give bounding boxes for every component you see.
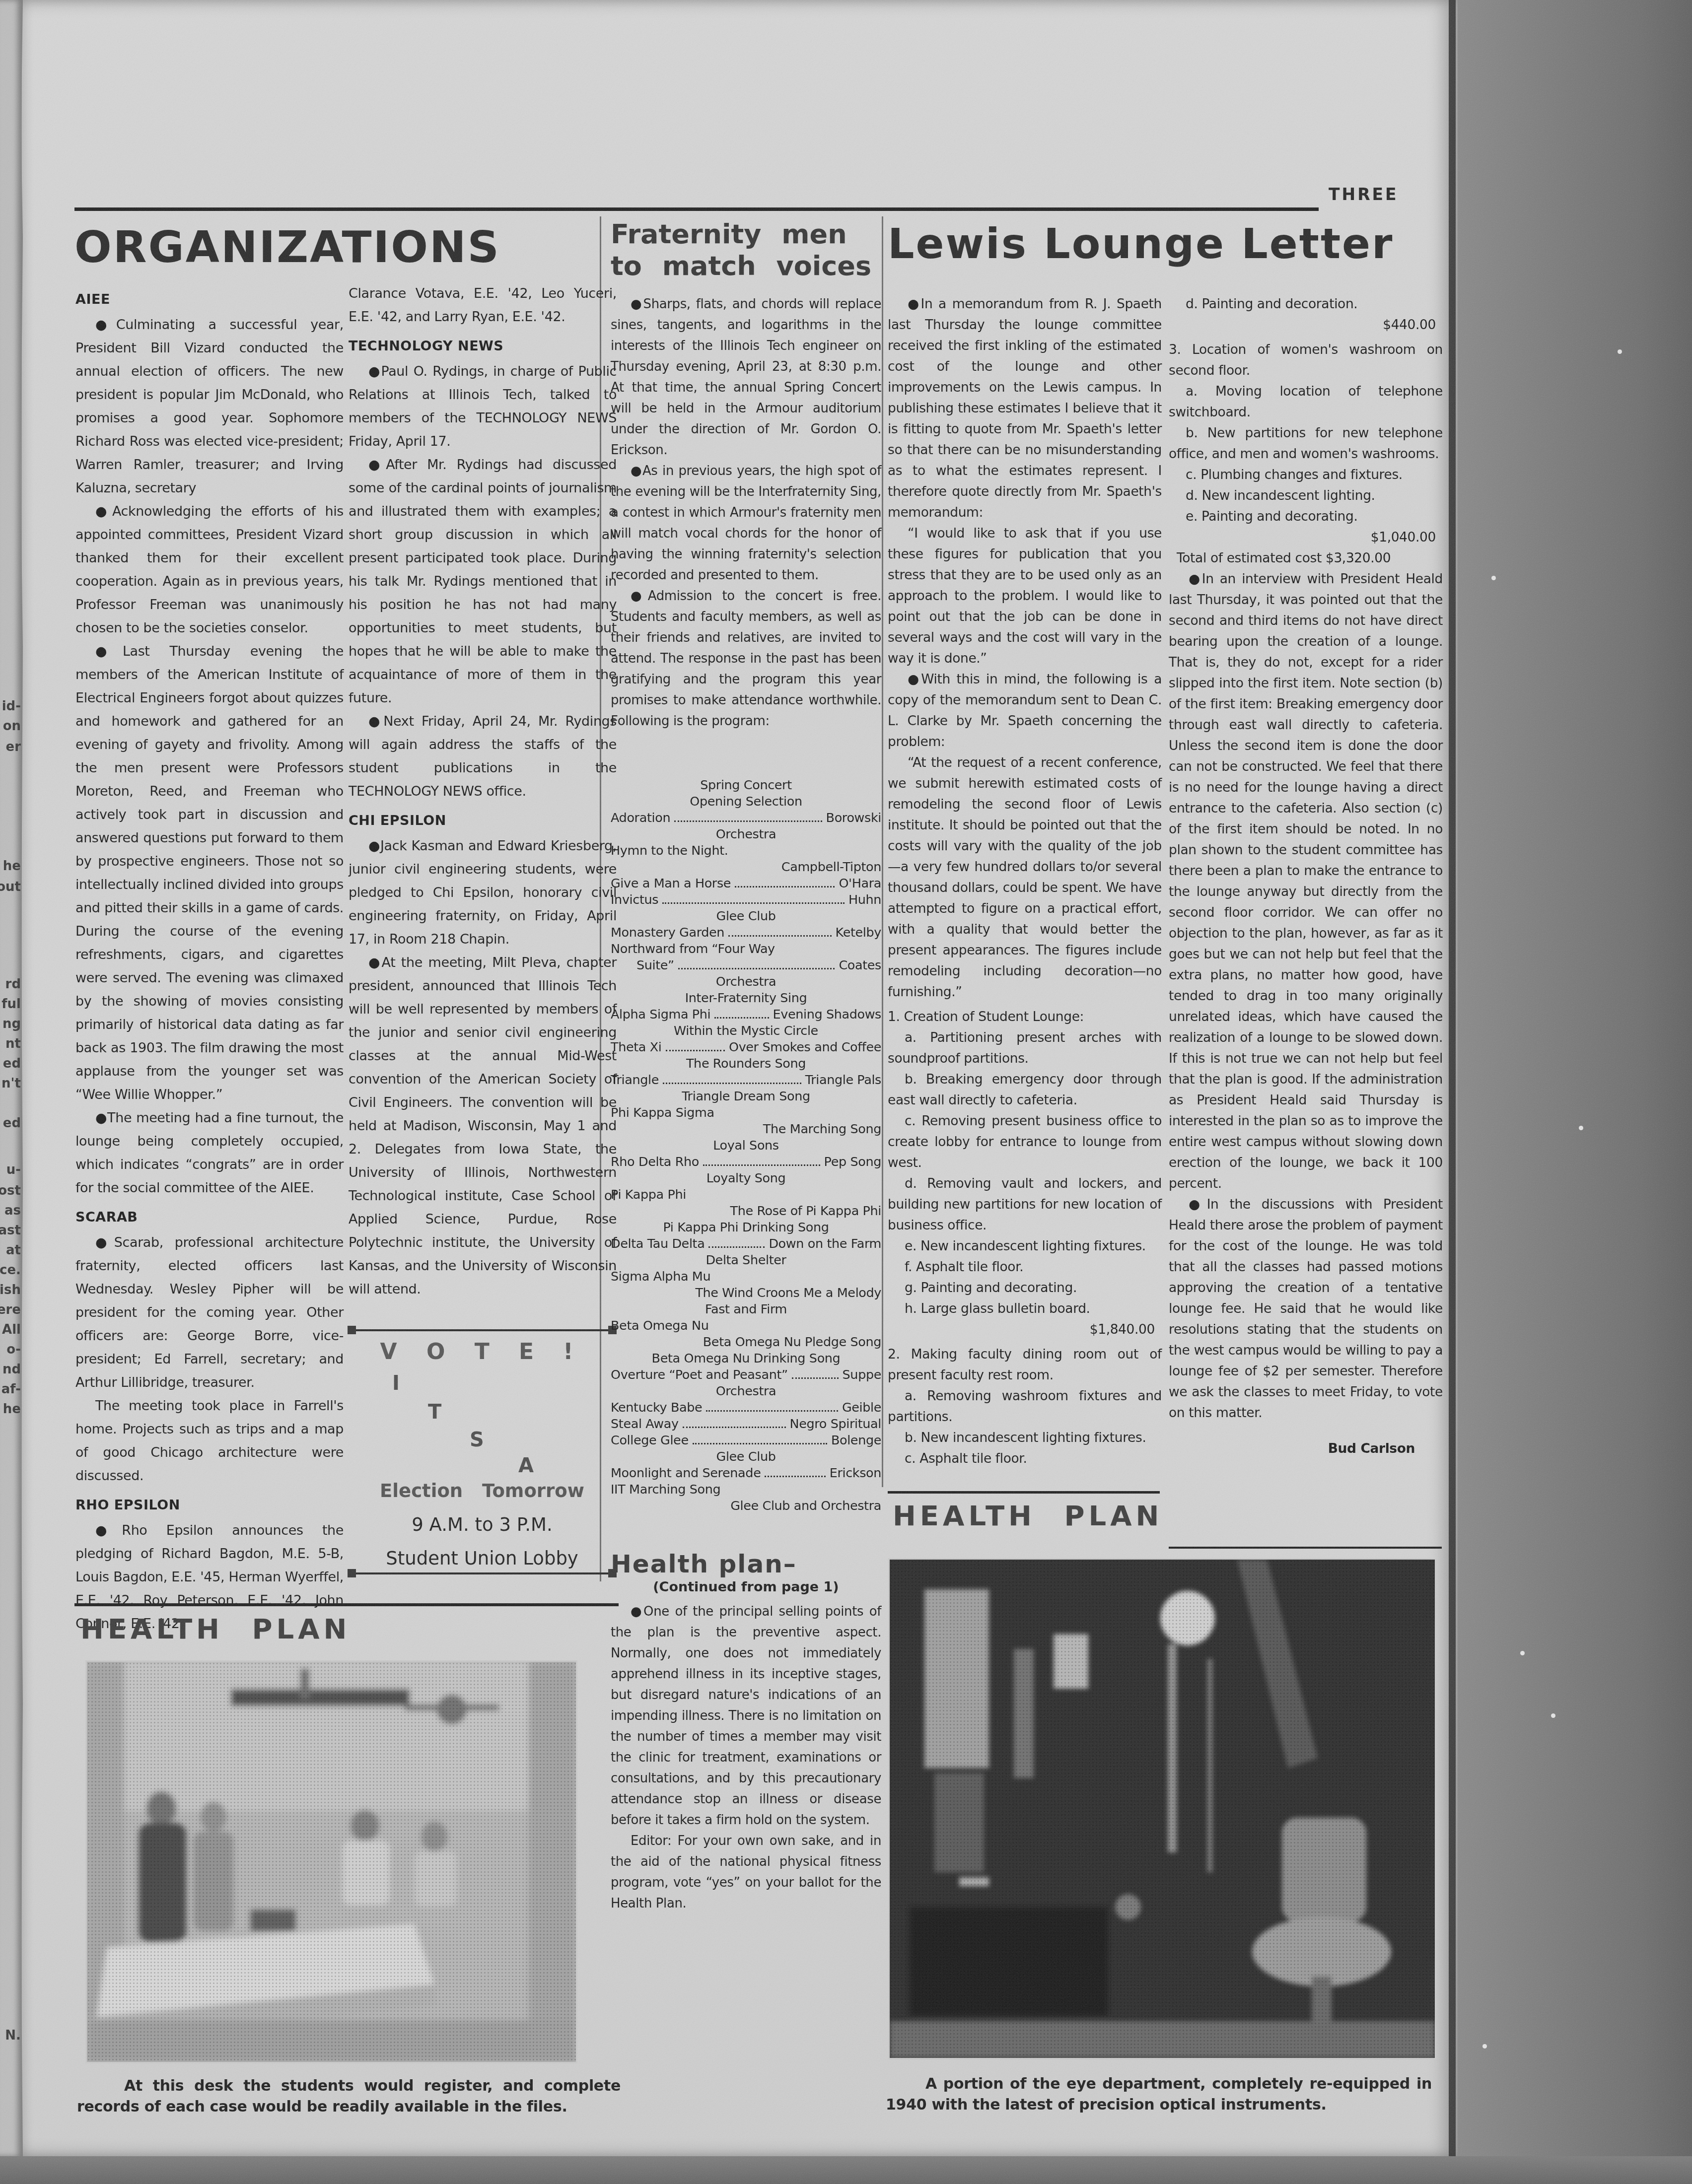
- vote-election-notice: V O T E ! I T S A Election Tomorrow 9 A.…: [349, 1339, 616, 1572]
- paragraph: 3. Location of women's washroom on secon…: [1169, 340, 1443, 381]
- program-line: Kentucky BabeGeible: [611, 1400, 881, 1416]
- program-line: Campbell-Tipton: [611, 859, 881, 876]
- paragraph: ●As in previous years, the high spot of …: [611, 461, 881, 586]
- torn-edge-text-fragment: ere: [0, 1302, 21, 1317]
- ornament-rule: [349, 1572, 616, 1574]
- dust-speck: [1482, 2044, 1487, 2048]
- lewis-lounge-headline: Lewis Lounge Letter: [888, 219, 1394, 268]
- paragraph: The meeting took place in Farrell's home…: [75, 1394, 344, 1488]
- program-line: Glee Club: [611, 908, 881, 925]
- program-line: Overture “Poet and Peasant”Suppe: [611, 1367, 881, 1383]
- eye-department-photo-art: [890, 1560, 1435, 2058]
- column-end-rule: [1169, 1547, 1442, 1549]
- paragraph: Clarance Votava, E.E. '42, Leo Yuceri, E…: [349, 282, 617, 329]
- paragraph: f. Asphalt tile floor.: [888, 1257, 1162, 1278]
- program-line: Monastery GardenKetelby: [611, 925, 881, 941]
- vote-letter-i: I: [392, 1372, 400, 1395]
- health-plan-continued-headline: Health plan–: [611, 1550, 797, 1578]
- torn-edge-text-fragment: ed: [3, 1116, 21, 1131]
- paragraph: d. Painting and decoration.: [1169, 294, 1443, 315]
- dotted-leader: [792, 1377, 839, 1379]
- torn-edge-text-fragment: nd: [2, 1362, 21, 1377]
- paragraph: e. New incandescent lighting fixtures.: [888, 1236, 1162, 1257]
- torn-edge-text-fragment: at: [6, 1243, 21, 1258]
- torn-edge-text-fragment: ast: [0, 1223, 21, 1238]
- paragraph: g. Painting and decorating.: [888, 1278, 1162, 1298]
- masthead-rule: [74, 207, 1319, 211]
- program-line: Rho Delta RhoPep Song: [611, 1154, 881, 1170]
- page-number: THREE: [1329, 185, 1399, 204]
- paragraph: “At the request of a recent conference, …: [888, 752, 1162, 1003]
- dotted-leader: [693, 1443, 827, 1444]
- newspaper-scan: id-onerheoutrdfulngntedn'tedu-ostasastat…: [0, 0, 1692, 2184]
- program-line: Inter-Fraternity Sing: [611, 990, 881, 1007]
- torn-edge-text-fragment: he: [3, 859, 21, 874]
- program-line: Glee Club: [611, 1449, 881, 1465]
- election-hours-line: 9 A.M. to 3 P.M.: [349, 1514, 616, 1535]
- program-line: IIT Marching Song: [611, 1482, 881, 1498]
- torn-edge-text-fragment: he: [3, 1402, 21, 1417]
- paragraph: e. Painting and decorating.: [1169, 506, 1443, 527]
- paragraph: ●Scarab, professional architecture frate…: [75, 1231, 344, 1394]
- torn-edge-text-fragment: ed: [3, 1056, 21, 1071]
- dotted-leader: [666, 1050, 725, 1051]
- left-photo-caption: At this desk the students would register…: [77, 2076, 621, 2117]
- health-plan-left-header: HEALTH PLAN: [80, 1613, 351, 1645]
- registration-desk-photo: [87, 1662, 576, 2062]
- program-line: Spring Concert: [611, 777, 881, 794]
- paragraph: Bud Carlson: [1169, 1438, 1443, 1459]
- program-line: Delta Tau DeltaDown on the Farm: [611, 1236, 881, 1252]
- paragraph: ●Paul O. Rydings, in charge of Public Re…: [349, 360, 617, 453]
- program-line: Beta Omega Nu Drinking Song: [611, 1351, 881, 1367]
- torn-edge-text-fragment: out: [0, 880, 21, 894]
- paragraph: b. New partitions for new telephone offi…: [1169, 423, 1443, 465]
- election-tomorrow-line: Election Tomorrow: [349, 1480, 616, 1501]
- paragraph: ●Next Friday, April 24, Mr. Rydings will…: [349, 710, 617, 803]
- torn-edge-text-fragment: rd: [5, 977, 21, 992]
- program-line: Loyalty Song: [611, 1170, 881, 1187]
- organizations-column-2: Clarance Votava, E.E. '42, Leo Yuceri, E…: [349, 282, 617, 1301]
- subsection-heading: TECHNOLOGY NEWS: [349, 335, 617, 358]
- vote-letter-t: T: [428, 1401, 441, 1424]
- dust-speck: [1491, 576, 1496, 580]
- torn-edge-text-fragment: id-: [2, 699, 21, 714]
- torn-edge-text-fragment: ng: [2, 1017, 21, 1031]
- torn-edge-text-fragment: u-: [6, 1162, 21, 1177]
- program-line: Sigma Alpha Mu: [611, 1269, 881, 1285]
- torn-edge-text-fragment: N.: [5, 2028, 21, 2043]
- paragraph: b. New incandescent lighting fixtures.: [888, 1428, 1162, 1448]
- torn-edge-text-fragment: on: [3, 719, 21, 734]
- dotted-leader: [735, 886, 835, 887]
- program-line: Give a Man a HorseO'Hara: [611, 876, 881, 892]
- paragraph: a. Removing washroom fixtures and partit…: [888, 1386, 1162, 1428]
- program-line: Triangle Dream Song: [611, 1089, 881, 1105]
- paragraph: ●At the meeting, Milt Pleva, chapter pre…: [349, 951, 617, 1301]
- program-line: Delta Shelter: [611, 1252, 881, 1269]
- program-line: Orchestra: [611, 974, 881, 990]
- program-line: Orchestra: [611, 1383, 881, 1400]
- torn-edge-text-fragment: All: [2, 1322, 21, 1337]
- fraternity-headline-line2: to match voices: [611, 250, 871, 282]
- paragraph: ●In a memorandum from R. J. Spaeth last …: [888, 294, 1162, 523]
- paragraph: Editor: For your own own sake, and in th…: [611, 1831, 881, 1914]
- torn-edge-text-fragment: ost: [0, 1183, 21, 1198]
- lewis-column-1: ●In a memorandum from R. J. Spaeth last …: [888, 294, 1162, 1469]
- program-line: Orchestra: [611, 826, 881, 843]
- program-line: The Marching Song: [611, 1121, 881, 1138]
- torn-edge-text-fragment: er: [6, 740, 21, 754]
- dotted-leader: [678, 968, 835, 969]
- election-place-line: Student Union Lobby: [349, 1548, 616, 1569]
- dust-speck: [1618, 349, 1622, 354]
- concert-program-list: Spring ConcertOpening SelectionAdoration…: [611, 777, 881, 1514]
- dotted-leader: [683, 1427, 786, 1428]
- torn-edge-text-fragment: ce.: [0, 1263, 21, 1278]
- torn-edge-text-fragment: ish: [0, 1283, 21, 1297]
- continued-from-page-note: (Continued from page 1): [611, 1579, 881, 1595]
- eye-department-photo: [890, 1560, 1435, 2058]
- dust-speck: [1520, 1651, 1525, 1655]
- program-line: The Rose of Pi Kappa Phi: [611, 1203, 881, 1220]
- program-line: Beta Omega Nu: [611, 1318, 881, 1334]
- program-line: Hymn to the Night.: [611, 843, 881, 859]
- paragraph: b. Breaking emergency door through east …: [888, 1069, 1162, 1111]
- paragraph: c. Plumbing changes and fixtures.: [1169, 465, 1443, 485]
- paragraph: ●Admission to the concert is free. Stude…: [611, 586, 881, 732]
- paragraph: h. Large glass bulletin board.: [888, 1298, 1162, 1319]
- fraternity-headline-line1: Fraternity men: [611, 218, 871, 250]
- paragraph: ●Acknowledging the efforts of his appoin…: [75, 500, 344, 640]
- program-line: Suite”Coates: [611, 957, 881, 974]
- paragraph: ●The meeting had a fine turnout, the lou…: [75, 1106, 344, 1200]
- dust-speck: [1579, 1126, 1583, 1130]
- paragraph: ●After Mr. Rydings had discussed some of…: [349, 453, 617, 710]
- dotted-leader: [728, 935, 832, 937]
- right-photo-caption: A portion of the eye department, complet…: [886, 2074, 1432, 2116]
- organizations-column-1: AIEE●Culminating a successful year, Pres…: [75, 282, 344, 1636]
- paragraph: “I would like to ask that if you use the…: [888, 523, 1162, 669]
- paragraph: ●With this in mind, the following is a c…: [888, 669, 1162, 752]
- dotted-leader: [703, 1164, 820, 1166]
- dotted-leader: [708, 1246, 765, 1248]
- paragraph: $440.00: [1169, 315, 1443, 336]
- program-line: The Rounders Song: [611, 1056, 881, 1072]
- dotted-leader: [714, 1017, 769, 1019]
- paragraph: 1. Creation of Student Lounge:: [888, 1007, 1162, 1027]
- dotted-leader: [674, 820, 822, 822]
- health-plan-continued-body: ●One of the principal selling points of …: [611, 1601, 881, 1914]
- program-line: Pi Kappa Phi: [611, 1187, 881, 1203]
- health-plan-right-header: HEALTH PLAN: [893, 1500, 1163, 1532]
- organizations-headline: ORGANIZATIONS: [74, 221, 500, 273]
- paragraph: ●In the discussions with President Heald…: [1169, 1194, 1443, 1424]
- ornament-rule: [349, 1329, 616, 1331]
- paragraph: $1,840.00: [888, 1319, 1162, 1340]
- program-line: TriangleTriangle Pals: [611, 1072, 881, 1089]
- paragraph: ●In an interview with President Heald la…: [1169, 569, 1443, 1194]
- torn-adjacent-page-edge: id-onerheoutrdfulngntedn'tedu-ostasastat…: [0, 0, 23, 2156]
- program-line: Loyal Sons: [611, 1138, 881, 1154]
- torn-edge-text-fragment: af-: [1, 1382, 21, 1397]
- page-spine-shadow: [1449, 0, 1456, 2156]
- program-line: Moonlight and SerenadeErickson: [611, 1465, 881, 1482]
- program-line: InvictusHuhn: [611, 892, 881, 908]
- dotted-leader: [663, 1083, 801, 1084]
- paragraph: Total of estimated cost $3,320.00: [1169, 548, 1443, 569]
- paragraph: ●Jack Kasman and Edward Kriesberg, junio…: [349, 834, 617, 951]
- program-line: Northward from “Four Way: [611, 941, 881, 957]
- subsection-heading: SCARAB: [75, 1206, 344, 1229]
- paragraph: $1,040.00: [1169, 527, 1443, 548]
- section-divider: [888, 1491, 1160, 1494]
- program-line: Opening Selection: [611, 794, 881, 810]
- scanner-bed-bottom: [0, 2156, 1692, 2184]
- program-line: Phi Kappa Sigma: [611, 1105, 881, 1121]
- torn-edge-text-fragment: as: [4, 1203, 21, 1218]
- torn-edge-text-fragment: o-: [6, 1342, 21, 1357]
- program-line: Within the Mystic Circle: [611, 1023, 881, 1039]
- fraternity-body: ●Sharps, flats, and chords will replace …: [611, 294, 881, 732]
- program-line: Beta Omega Nu Pledge Song: [611, 1334, 881, 1351]
- program-line: Glee Club and Orchestra: [611, 1498, 881, 1514]
- paragraph: ●Sharps, flats, and chords will replace …: [611, 294, 881, 461]
- program-line: Theta XiOver Smokes and Coffee: [611, 1039, 881, 1056]
- torn-edge-text-fragment: n't: [1, 1076, 21, 1091]
- dust-speck: [1551, 1713, 1555, 1718]
- paragraph: d. New incandescent lighting.: [1169, 485, 1443, 506]
- fraternity-headline: Fraternity men to match voices: [611, 218, 871, 282]
- torn-edge-text-fragment: ful: [1, 997, 21, 1012]
- program-line: Pi Kappa Phi Drinking Song: [611, 1220, 881, 1236]
- paragraph: c. Removing present business office to c…: [888, 1111, 1162, 1173]
- paragraph: ●One of the principal selling points of …: [611, 1601, 881, 1831]
- dotted-leader: [765, 1476, 825, 1477]
- program-line: Fast and Firm: [611, 1301, 881, 1318]
- subsection-heading: AIEE: [75, 288, 344, 311]
- column-rule: [882, 216, 883, 1487]
- dotted-leader: [706, 1410, 838, 1412]
- paragraph: a. Partitioning present arches with soun…: [888, 1027, 1162, 1069]
- subsection-heading: CHI EPSILON: [349, 809, 617, 832]
- dotted-leader: [662, 902, 845, 904]
- section-divider: [74, 1603, 619, 1606]
- program-line: College GleeBolenge: [611, 1433, 881, 1449]
- lewis-column-2: d. Painting and decoration.$440.003. Loc…: [1169, 294, 1443, 1459]
- paragraph: ●Last Thursday evening the members of th…: [75, 640, 344, 1106]
- paragraph: c. Asphalt tile floor.: [888, 1448, 1162, 1469]
- paragraph: ●Culminating a successful year, Presiden…: [75, 313, 344, 500]
- vote-letter-a: A: [518, 1454, 534, 1477]
- program-line: AdorationBorowski: [611, 810, 881, 826]
- torn-edge-text-fragment: nt: [5, 1036, 21, 1051]
- subsection-heading: RHO EPSILON: [75, 1494, 344, 1517]
- paragraph: 2. Making faculty dining room out of pre…: [888, 1344, 1162, 1386]
- program-line: The Wind Croons Me a Melody: [611, 1285, 881, 1301]
- vote-exclamation: V O T E !: [349, 1339, 616, 1365]
- vote-letter-s: S: [470, 1429, 484, 1451]
- paragraph: d. Removing vault and lockers, and build…: [888, 1173, 1162, 1236]
- registration-desk-photo-art: [87, 1662, 576, 2062]
- paragraph: a. Moving location of telephone switchbo…: [1169, 381, 1443, 423]
- program-line: Steal AwayNegro Spiritual: [611, 1416, 881, 1433]
- program-line: Alpha Sigma PhiEvening Shadows: [611, 1007, 881, 1023]
